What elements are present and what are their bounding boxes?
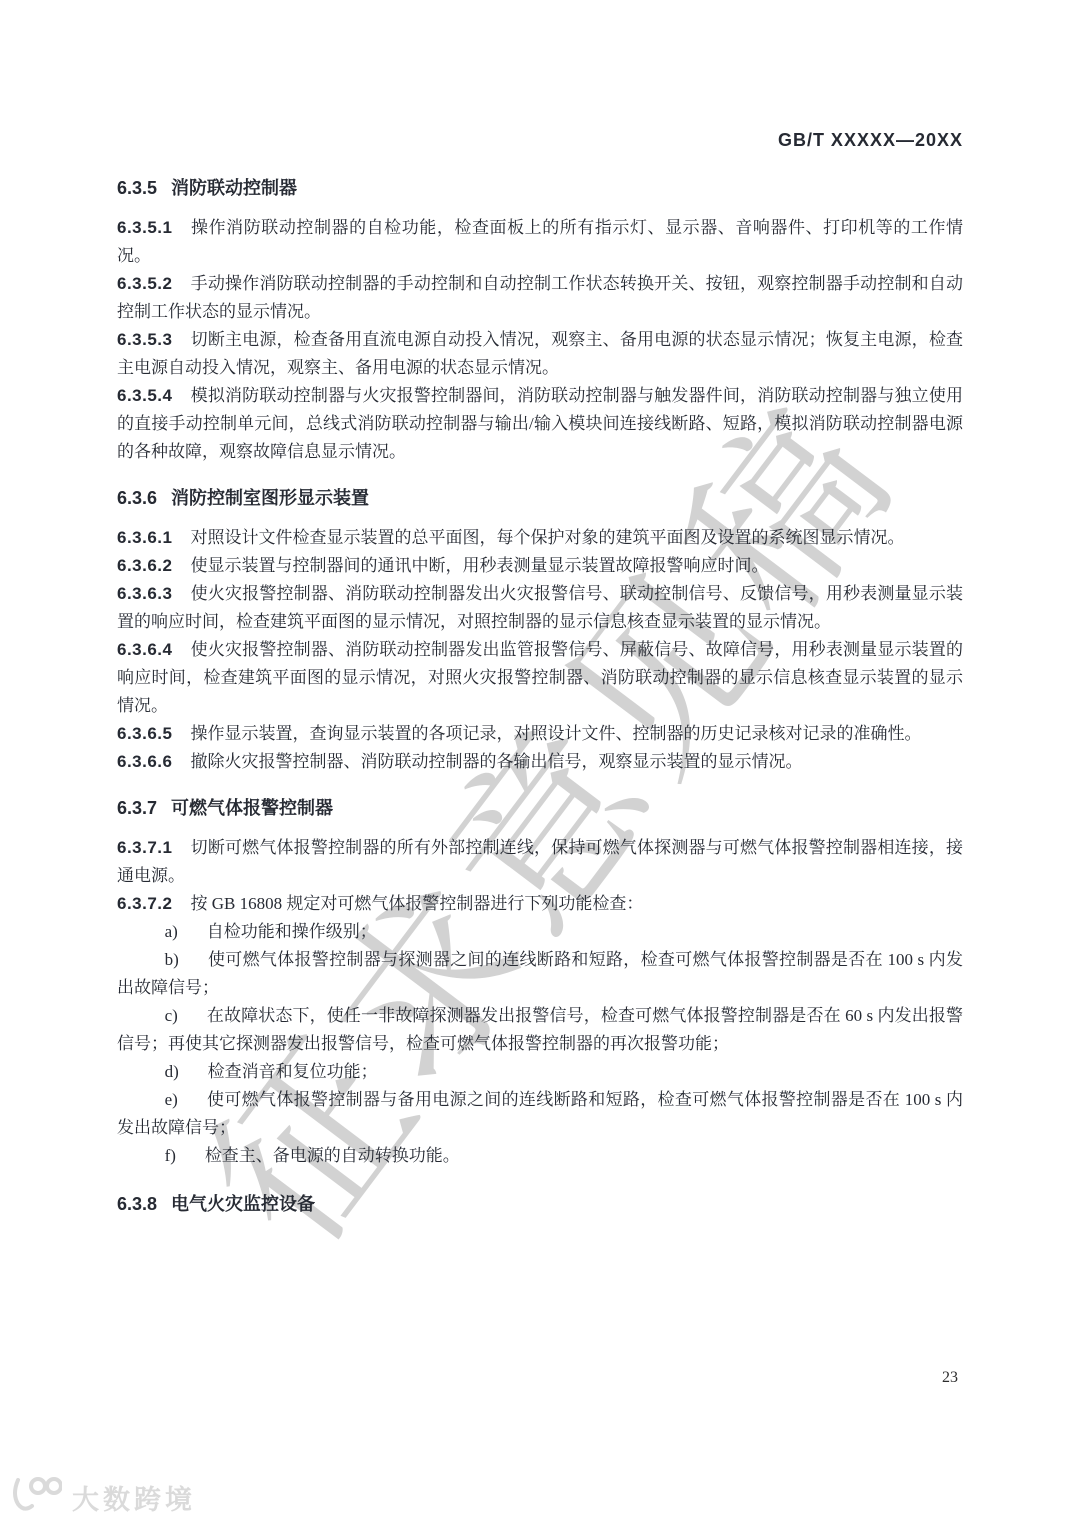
brand-watermark: 大数跨境: [8, 1474, 196, 1521]
list-item-d: d)检查消音和复位功能；: [117, 1058, 963, 1086]
clause-number: 6.3.5.1: [117, 218, 173, 237]
clause-text: 操作显示装置，查询显示装置的各项记录，对照设计文件、控制器的历史记录核对记录的准…: [191, 724, 922, 743]
clause-text: 按 GB 16808 规定对可燃气体报警控制器进行下列功能检查：: [191, 894, 644, 913]
section-body-6.3.7: 6.3.7.1切断可燃气体报警控制器的所有外部控制连线，保持可燃气体探测器与可燃…: [117, 834, 963, 1170]
list-item-f: f)检查主、备电源的自动转换功能。: [117, 1142, 963, 1170]
section-heading-6.3.6: 6.3.6消防控制室图形显示装置: [117, 486, 963, 510]
section-number: 6.3.5: [117, 178, 157, 198]
section-body-6.3.5: 6.3.5.1操作消防联动控制器的自检功能，检查面板上的所有指示灯、显示器、音响…: [117, 214, 963, 466]
clause-number: 6.3.7.2: [117, 894, 173, 913]
clause-number: 6.3.6.5: [117, 724, 173, 743]
list-item-label: a): [165, 922, 178, 941]
clause-number: 6.3.6.1: [117, 528, 173, 547]
section-heading-6.3.8: 6.3.8电气火灾监控设备: [117, 1192, 963, 1216]
list-item-c: c)在故障状态下，使任一非故障探测器发出报警信号，检查可燃气体报警控制器是否在 …: [117, 1002, 963, 1058]
section-number: 6.3.7: [117, 798, 157, 818]
section-title: 电气火灾监控设备: [171, 1194, 315, 1214]
brand-logo-icon: [8, 1474, 62, 1521]
clause-6.3.7.2: 6.3.7.2按 GB 16808 规定对可燃气体报警控制器进行下列功能检查：: [117, 890, 963, 918]
clause-number: 6.3.6.6: [117, 752, 173, 771]
clause-text: 操作消防联动控制器的自检功能，检查面板上的所有指示灯、显示器、音响器件、打印机等…: [117, 218, 963, 265]
list-item-text: 在故障状态下，使任一非故障探测器发出报警信号，检查可燃气体报警控制器是否在 60…: [117, 1006, 963, 1053]
clause-6.3.7.1: 6.3.7.1切断可燃气体报警控制器的所有外部控制连线，保持可燃气体探测器与可燃…: [117, 834, 963, 890]
clause-number: 6.3.6.2: [117, 556, 173, 575]
list-item-e: e)使可燃气体报警控制器与备用电源之间的连线断路和短路，检查可燃气体报警控制器是…: [117, 1086, 963, 1142]
list-item-text: 检查主、备电源的自动转换功能。: [205, 1146, 460, 1165]
list-item-b: b)使可燃气体报警控制器与探测器之间的连线断路和短路，检查可燃气体报警控制器是否…: [117, 946, 963, 1002]
clause-text: 撤除火灾报警控制器、消防联动控制器的各输出信号，观察显示装置的显示情况。: [191, 752, 803, 771]
page-content: GB/T XXXXX—20XX 6.3.5消防联动控制器 6.3.5.1操作消防…: [0, 0, 1080, 1216]
list-item-label: b): [165, 950, 179, 969]
clause-text: 使火灾报警控制器、消防联动控制器发出火灾报警信号、联动控制信号、反馈信号，用秒表…: [117, 584, 963, 631]
clause-6.3.5.1: 6.3.5.1操作消防联动控制器的自检功能，检查面板上的所有指示灯、显示器、音响…: [117, 214, 963, 270]
section-number: 6.3.8: [117, 1194, 157, 1214]
list-item-text: 使可燃气体报警控制器与备用电源之间的连线断路和短路，检查可燃气体报警控制器是否在…: [117, 1090, 963, 1137]
clause-text: 切断可燃气体报警控制器的所有外部控制连线，保持可燃气体探测器与可燃气体报警控制器…: [117, 838, 963, 885]
clause-6.3.5.4: 6.3.5.4模拟消防联动控制器与火灾报警控制器间，消防联动控制器与触发器件间，…: [117, 382, 963, 466]
clause-text: 使显示装置与控制器间的通讯中断，用秒表测量显示装置故障报警响应时间。: [191, 556, 769, 575]
section-body-6.3.6: 6.3.6.1对照设计文件检查显示装置的总平面图，每个保护对象的建筑平面图及设置…: [117, 524, 963, 776]
clause-text: 手动操作消防联动控制器的手动控制和自动控制工作状态转换开关、按钮，观察控制器手动…: [117, 274, 963, 321]
list-item-label: f): [165, 1146, 176, 1165]
section-number: 6.3.6: [117, 488, 157, 508]
clause-6.3.6.5: 6.3.6.5操作显示装置，查询显示装置的各项记录，对照设计文件、控制器的历史记…: [117, 720, 963, 748]
clause-number: 6.3.5.3: [117, 330, 173, 349]
clause-text: 对照设计文件检查显示装置的总平面图，每个保护对象的建筑平面图及设置的系统图显示情…: [191, 528, 905, 547]
list-item-a: a)自检功能和操作级别；: [117, 918, 963, 946]
section-heading-6.3.7: 6.3.7可燃气体报警控制器: [117, 796, 963, 820]
clause-6.3.6.4: 6.3.6.4使火灾报警控制器、消防联动控制器发出监管报警信号、屏蔽信号、故障信…: [117, 636, 963, 720]
clause-text: 使火灾报警控制器、消防联动控制器发出监管报警信号、屏蔽信号、故障信号，用秒表测量…: [117, 640, 963, 715]
list-item-text: 自检功能和操作级别；: [207, 922, 377, 941]
clause-number: 6.3.5.2: [117, 274, 173, 293]
clause-6.3.6.2: 6.3.6.2使显示装置与控制器间的通讯中断，用秒表测量显示装置故障报警响应时间…: [117, 552, 963, 580]
list-item-label: c): [165, 1006, 178, 1025]
list-item-label: e): [165, 1090, 178, 1109]
clause-6.3.5.2: 6.3.5.2手动操作消防联动控制器的手动控制和自动控制工作状态转换开关、按钮，…: [117, 270, 963, 326]
clause-number: 6.3.7.1: [117, 838, 173, 857]
clause-6.3.5.3: 6.3.5.3切断主电源，检查备用直流电源自动投入情况，观察主、备用电源的状态显…: [117, 326, 963, 382]
clause-6.3.6.3: 6.3.6.3使火灾报警控制器、消防联动控制器发出火灾报警信号、联动控制信号、反…: [117, 580, 963, 636]
section-title: 消防联动控制器: [171, 178, 297, 198]
section-title: 可燃气体报警控制器: [171, 798, 333, 818]
clause-number: 6.3.5.4: [117, 386, 173, 405]
list-item-text: 检查消音和复位功能；: [208, 1062, 378, 1081]
list-item-text: 使可燃气体报警控制器与探测器之间的连线断路和短路，检查可燃气体报警控制器是否在 …: [117, 950, 963, 997]
clause-6.3.6.1: 6.3.6.1对照设计文件检查显示装置的总平面图，每个保护对象的建筑平面图及设置…: [117, 524, 963, 552]
list-item-label: d): [165, 1062, 179, 1081]
section-heading-6.3.5: 6.3.5消防联动控制器: [117, 176, 963, 200]
section-title: 消防控制室图形显示装置: [171, 488, 369, 508]
clause-number: 6.3.6.3: [117, 584, 173, 603]
brand-label: 大数跨境: [72, 1478, 196, 1517]
clause-text: 切断主电源，检查备用直流电源自动投入情况，观察主、备用电源的状态显示情况；恢复主…: [117, 330, 963, 377]
clause-text: 模拟消防联动控制器与火灾报警控制器间，消防联动控制器与触发器件间，消防联动控制器…: [117, 386, 963, 461]
clause-6.3.6.6: 6.3.6.6撤除火灾报警控制器、消防联动控制器的各输出信号，观察显示装置的显示…: [117, 748, 963, 776]
page-number: 23: [942, 1368, 958, 1388]
document-page: 征求意见稿 GB/T XXXXX—20XX 6.3.5消防联动控制器 6.3.5…: [0, 0, 1080, 1527]
clause-number: 6.3.6.4: [117, 640, 173, 659]
standard-number-header: GB/T XXXXX—20XX: [117, 130, 963, 150]
